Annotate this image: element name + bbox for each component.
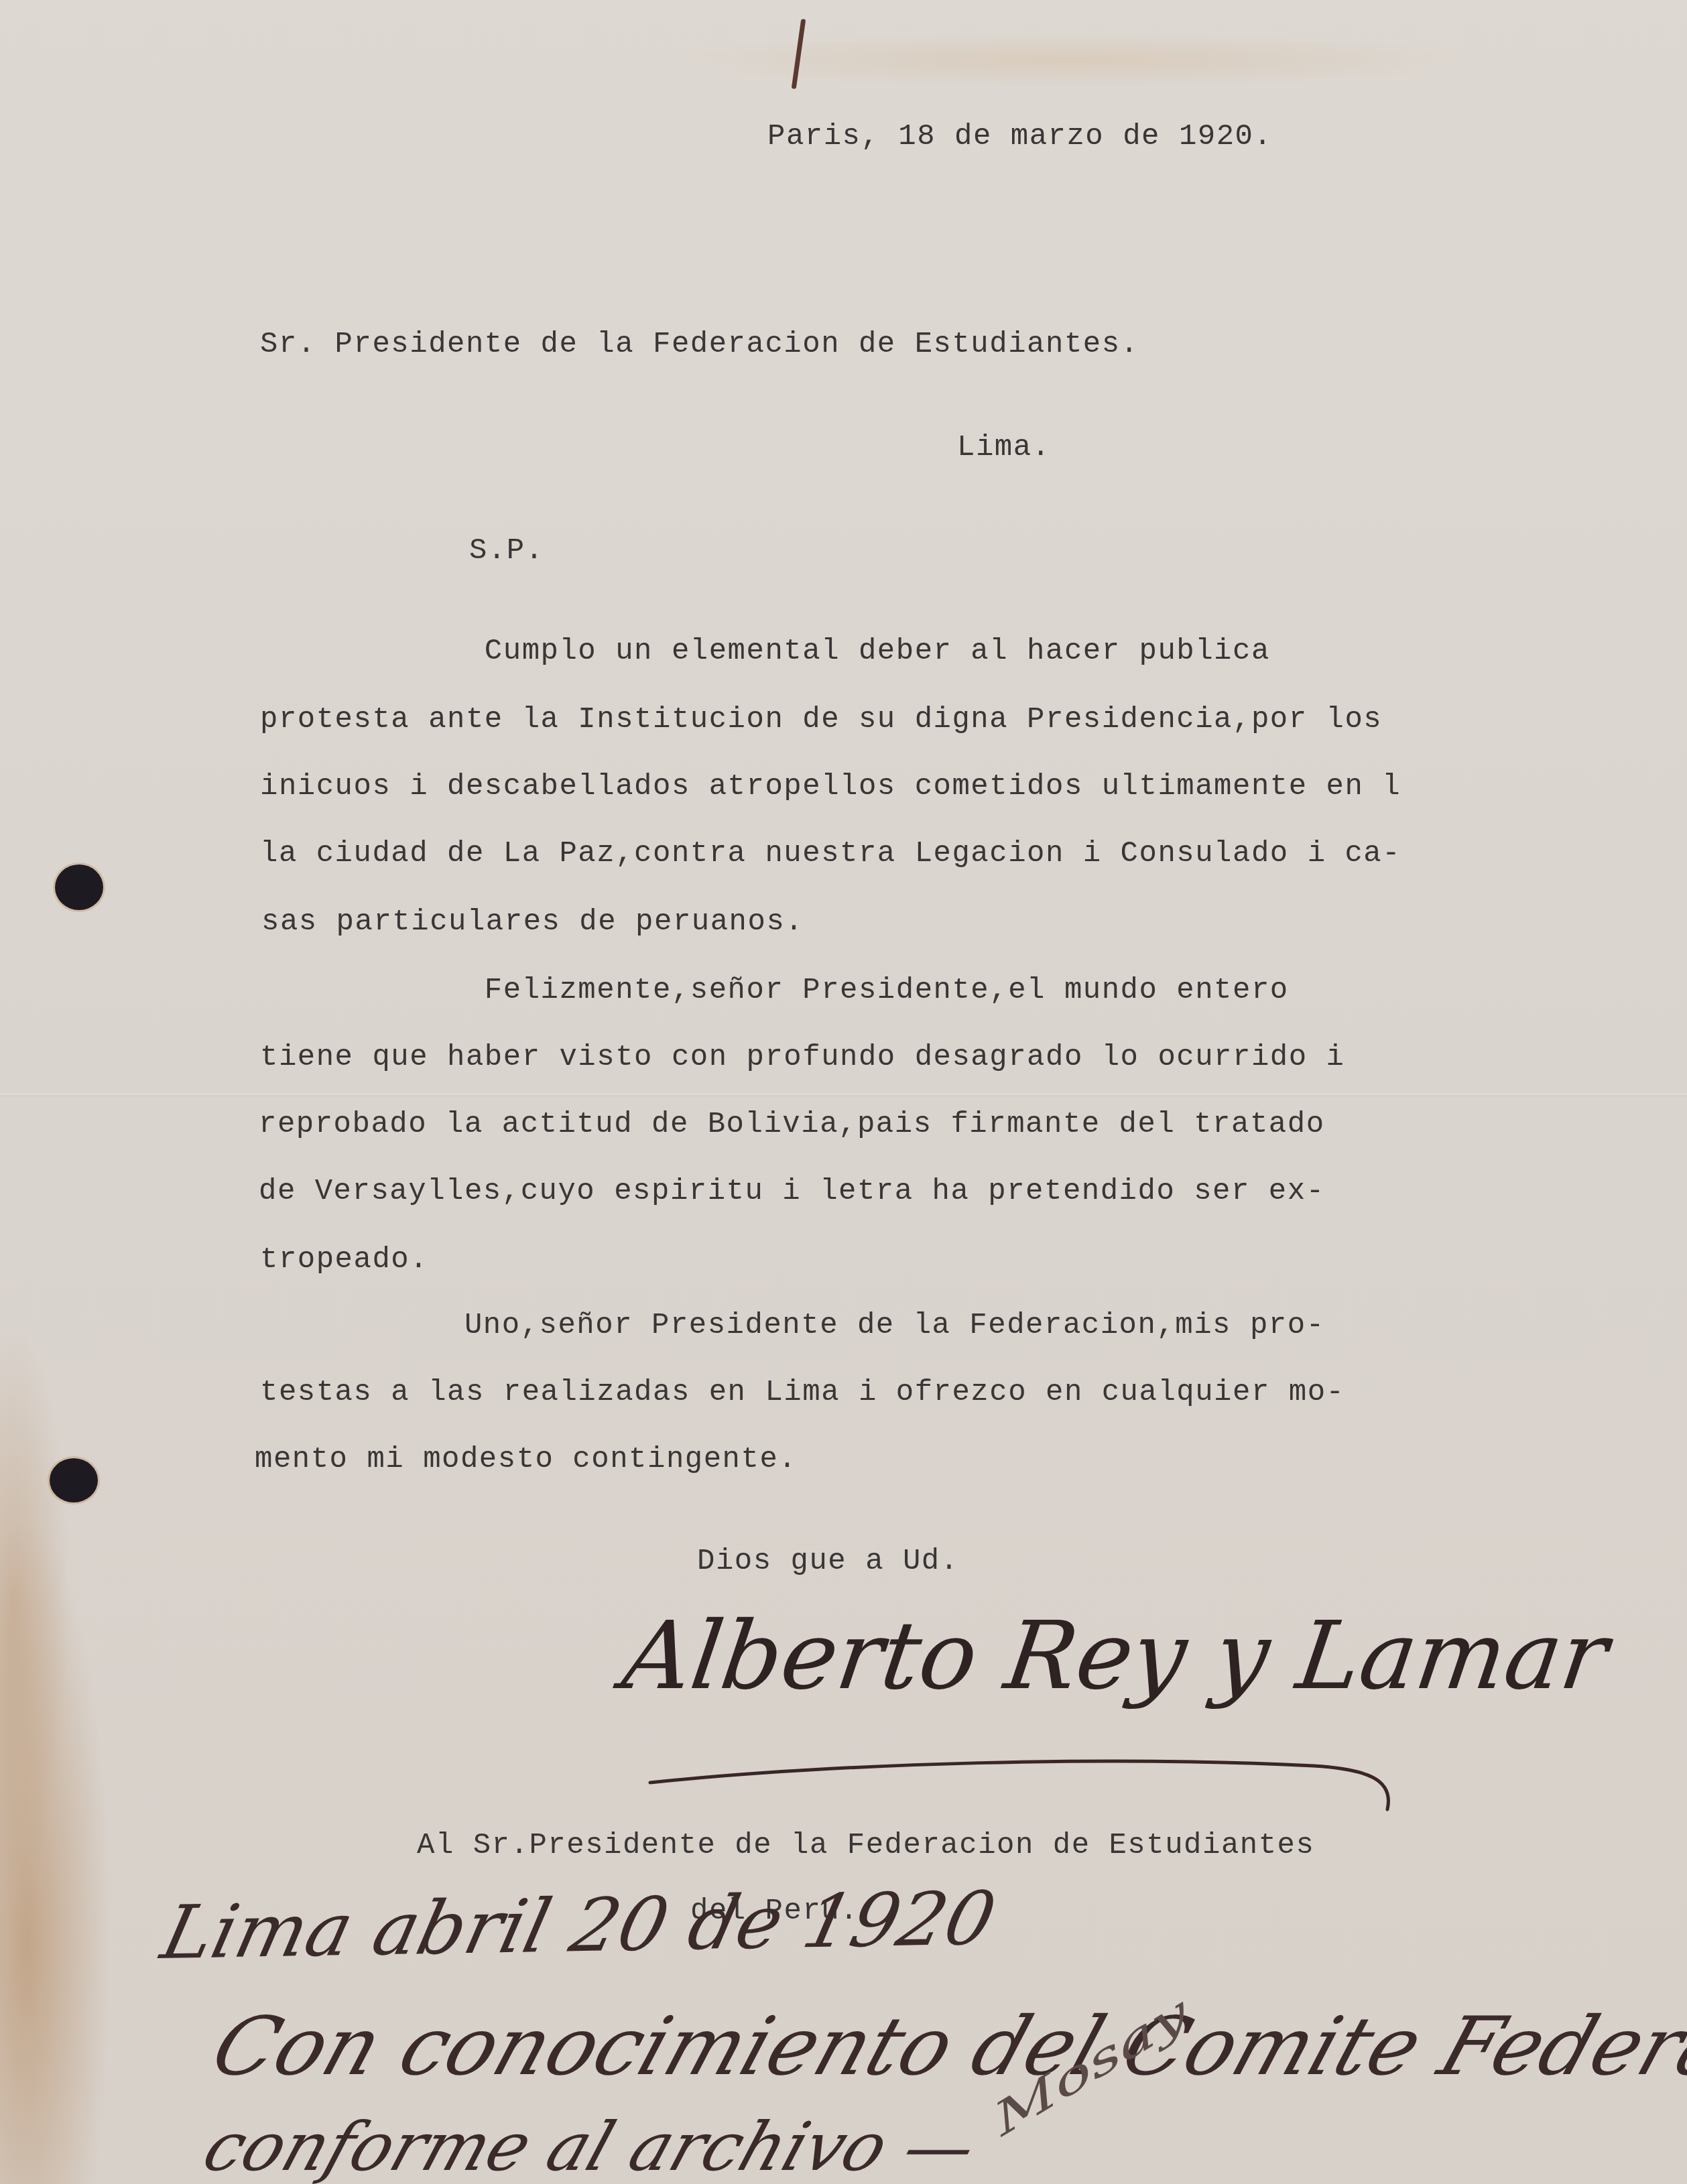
body-line: protesta ante la Institucion de su digna… — [260, 705, 1382, 734]
punch-hole-bottom — [50, 1458, 98, 1502]
body-line: tiene que haber visto con profundo desag… — [260, 1043, 1345, 1072]
footer-address-line-1: Al Sr.Presidente de la Federacion de Est… — [417, 1831, 1314, 1860]
body-line: Felizmente,señor Presidente,el mundo ent… — [260, 976, 1289, 1005]
body-line: sas particulares de peruanos. — [261, 907, 804, 937]
city-line: Lima. — [957, 433, 1051, 462]
annotation-line-1: Con conocimiento del Comite Federal — — [201, 2000, 1687, 2094]
body-line: mento mi modesto contingente. — [255, 1445, 797, 1474]
date-line: Paris, 18 de marzo de 1920. — [767, 122, 1272, 151]
salutation: S.P. — [469, 536, 544, 566]
body-line: Uno,señor Presidente de la Federacion,mi… — [259, 1311, 1325, 1340]
body-line: Cumplo un elemental deber al hacer publi… — [260, 637, 1270, 666]
body-line: reprobado la actitud de Bolivia,pais fir… — [259, 1110, 1325, 1139]
annotation-date: Lima abril 20 de 1920 — [154, 1876, 1003, 1976]
addressee-line: Sr. Presidente de la Federacion de Estud… — [260, 330, 1139, 359]
annotation-line-2: conforme al archivo — — [194, 2108, 986, 2184]
closing-line: Dios gue a Ud. — [697, 1547, 959, 1576]
body-line: de Versaylles,cuyo espiritu i letra ha p… — [259, 1177, 1325, 1206]
body-line: inicuos i descabellados atropellos comet… — [260, 772, 1401, 801]
body-line: tropeado. — [260, 1245, 428, 1275]
body-line: testas a las realizadas en Lima i ofrezc… — [260, 1378, 1345, 1407]
punch-hole-top — [55, 864, 103, 910]
signature-flourish — [643, 1742, 1414, 1816]
body-line: la ciudad de La Paz,contra nuestra Legac… — [260, 839, 1401, 869]
paper-fold-crease — [0, 1094, 1687, 1096]
signature: Alberto Rey y Lamar — [617, 1602, 1614, 1711]
